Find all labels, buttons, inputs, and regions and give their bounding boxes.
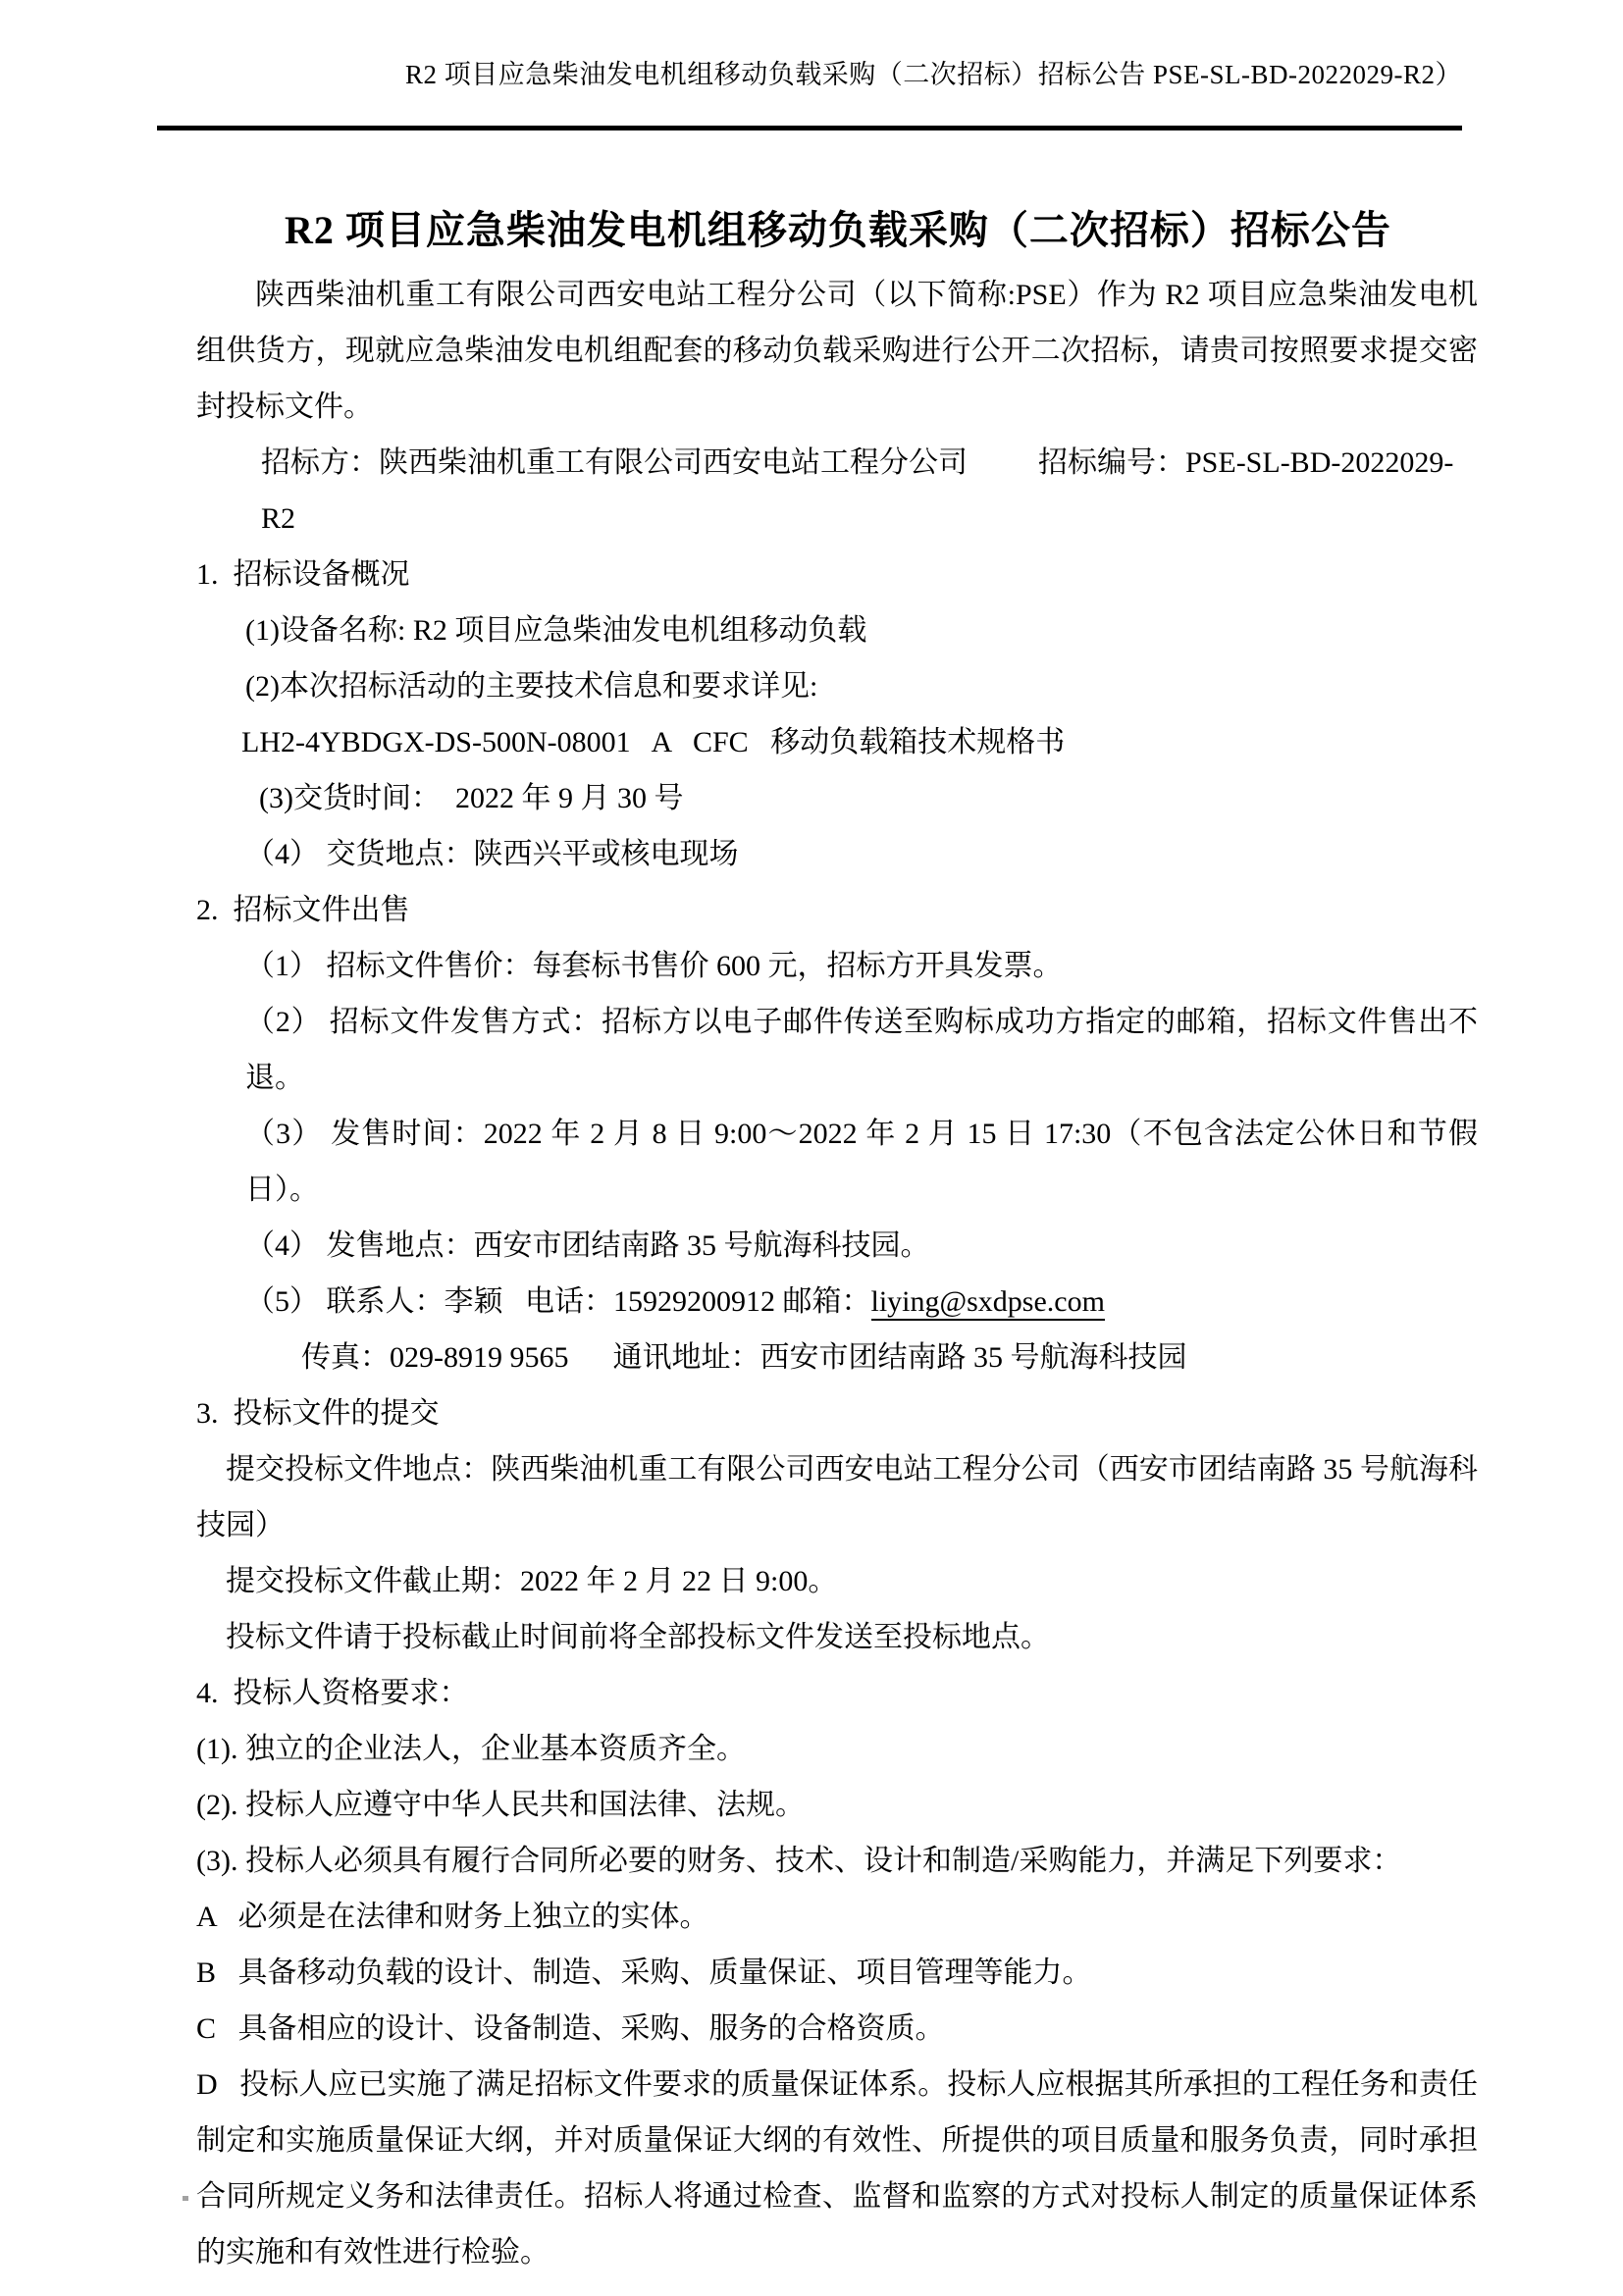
section-3-deadline: 提交投标文件截止期：2022 年 2 月 22 日 9:00。 <box>196 1553 1478 1609</box>
section-4-item-d: D 投标人应已实施了满足招标文件要求的质量保证体系。投标人应根据其所承担的工程任… <box>196 2057 1478 2280</box>
contact-info: （5） 联系人：李颖 电话：15929200912 邮箱： <box>245 1285 871 1318</box>
section-2-item-5: （5） 联系人：李颖 电话：15929200912 邮箱：liying@sxdp… <box>196 1274 1478 1330</box>
document-body: 陕西柴油机重工有限公司西安电站工程分公司（以下简称:PSE）作为 R2 项目应急… <box>196 267 1478 2280</box>
section-4-item-a: A 必须是在法律和财务上独立的实体。 <box>196 1889 1478 1945</box>
section-4-heading: 4. 投标人资格要求： <box>196 1665 1478 1721</box>
section-3-note: 投标文件请于投标截止时间前将全部投标文件发送至投标地点。 <box>196 1609 1478 1665</box>
section-2-item-3: （3） 发售时间：2022 年 2 月 8 日 9:00～2022 年 2 月 … <box>196 1106 1478 1218</box>
section-2-item-4: （4） 发售地点：西安市团结南路 35 号航海科技园。 <box>196 1218 1478 1274</box>
section-4-item-3: (3). 投标人必须具有履行合同所必要的财务、技术、设计和制造/采购能力，并满足… <box>196 1833 1478 1889</box>
scan-artifact <box>183 2196 188 2201</box>
section-1-item-3: (3)交货时间： 2022 年 9 月 30 号 <box>196 770 1478 826</box>
document-title: R2 项目应急柴油发电机组移动负载采购（二次招标）招标公告 <box>0 199 1623 255</box>
document-page: R2 项目应急柴油发电机组移动负载采购（二次招标）招标公告 PSE-SL-BD-… <box>0 0 1623 2296</box>
section-4-item-c: C 具备相应的设计、设备制造、采购、服务的合格资质。 <box>196 2001 1478 2057</box>
section-2-item-2: （2） 招标文件发售方式：招标方以电子邮件传送至购标成功方指定的邮箱，招标文件售… <box>196 994 1478 1106</box>
section-1-spec-code: LH2-4YBDGX-DS-500N-08001 A CFC 移动负载箱技术规格… <box>196 714 1478 770</box>
section-2-item-1: （1） 招标文件售价：每套标书售价 600 元，招标方开具发票。 <box>196 938 1478 994</box>
section-1-item-4: （4） 交货地点：陕西兴平或核电现场 <box>196 826 1478 882</box>
section-1-heading: 1. 招标设备概况 <box>196 547 1478 602</box>
section-4-item-1: (1). 独立的企业法人，企业基本资质齐全。 <box>196 1721 1478 1777</box>
section-2-fax-line: 传真：029-8919 9565 通讯地址：西安市团结南路 35 号航海科技园 <box>196 1330 1478 1385</box>
section-3-address: 提交投标文件地点：陕西柴油机重工有限公司西安电站工程分公司（西安市团结南路 35… <box>196 1441 1478 1553</box>
intro-paragraph: 陕西柴油机重工有限公司西安电站工程分公司（以下简称:PSE）作为 R2 项目应急… <box>196 267 1478 435</box>
section-1-item-2: (2)本次招标活动的主要技术信息和要求详见: <box>196 658 1478 714</box>
tender-parties-line: 招标方：陕西柴油机重工有限公司西安电站工程分公司招标编号：PSE-SL-BD-2… <box>196 435 1478 547</box>
tenderer-name: 招标方：陕西柴油机重工有限公司西安电站工程分公司 <box>261 446 968 479</box>
contact-email-link[interactable]: liying@sxdpse.com <box>871 1285 1105 1321</box>
header-divider-rule <box>157 126 1462 130</box>
running-header: R2 项目应急柴油发电机组移动负载采购（二次招标）招标公告 PSE-SL-BD-… <box>157 53 1462 91</box>
section-1-item-1: (1)设备名称: R2 项目应急柴油发电机组移动负载 <box>196 602 1478 658</box>
section-2-heading: 2. 招标文件出售 <box>196 882 1478 938</box>
section-3-heading: 3. 投标文件的提交 <box>196 1385 1478 1441</box>
section-4-item-2: (2). 投标人应遵守中华人民共和国法律、法规。 <box>196 1777 1478 1833</box>
section-4-item-b: B 具备移动负载的设计、制造、采购、质量保证、项目管理等能力。 <box>196 1945 1478 2001</box>
